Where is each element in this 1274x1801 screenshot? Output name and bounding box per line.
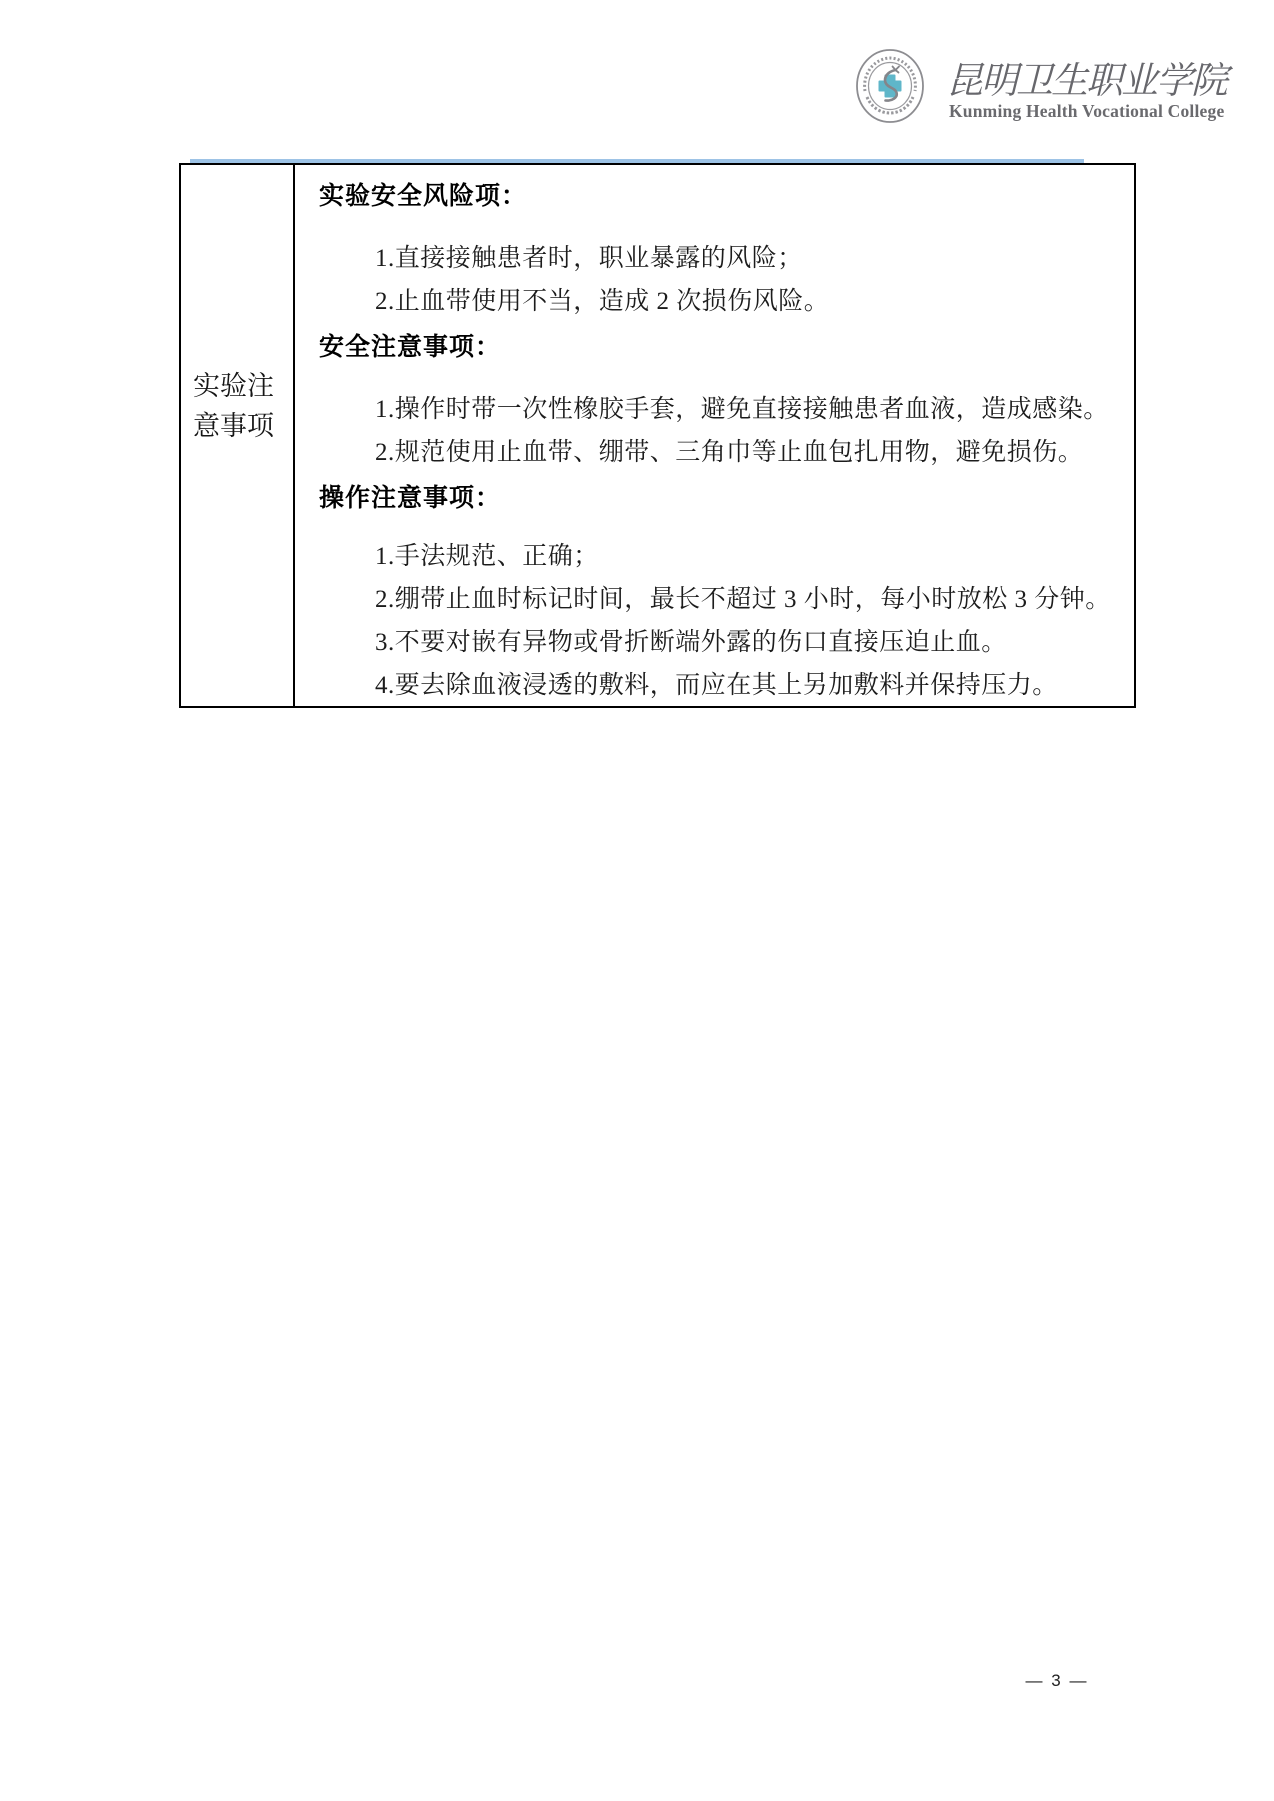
note-item: 2.规范使用止血带、绷带、三角巾等止血包扎用物，避免损伤。 (319, 431, 1122, 474)
note-item: 1.直接接触患者时，职业暴露的风险； (319, 237, 1122, 280)
experiment-notes-table: 实验注意事项 实验安全风险项： 1.直接接触患者时，职业暴露的风险；2.止血带使… (179, 163, 1136, 708)
college-seal-logo (855, 47, 925, 125)
note-section: 实验安全风险项： 1.直接接触患者时，职业暴露的风险；2.止血带使用不当，造成 … (319, 180, 1122, 323)
section-heading: 安全注意事项： (319, 331, 1122, 364)
row-content-cell: 实验安全风险项： 1.直接接触患者时，职业暴露的风险；2.止血带使用不当，造成 … (295, 165, 1134, 706)
page-number: — 3 — (1012, 1671, 1102, 1691)
college-name-chinese: 昆明卫生职业学院 (946, 50, 1236, 104)
note-item: 2.绷带止血时标记时间，最长不超过 3 小时，每小时放松 3 分钟。 (319, 578, 1122, 621)
note-section: 操作注意事项： 1.手法规范、正确；2.绷带止血时标记时间，最长不超过 3 小时… (319, 482, 1122, 706)
section-heading: 实验安全风险项： (319, 180, 1122, 213)
note-item: 3.不要对嵌有异物或骨折断端外露的伤口直接压迫止血。 (319, 621, 1122, 664)
note-item: 1.手法规范、正确； (319, 535, 1122, 578)
college-name-english: Kunming Health Vocational College (949, 101, 1239, 122)
note-section: 安全注意事项： 1.操作时带一次性橡胶手套，避免直接接触患者血液，造成感染。2.… (319, 331, 1122, 474)
row-label: 实验注意事项 (193, 366, 281, 446)
note-item: 1.操作时带一次性橡胶手套，避免直接接触患者血液，造成感染。 (319, 388, 1122, 431)
row-label-cell: 实验注意事项 (181, 165, 295, 706)
note-item: 4.要去除血液浸透的敷料，而应在其上另加敷料并保持压力。 (319, 664, 1122, 706)
note-item: 2.止血带使用不当，造成 2 次损伤风险。 (319, 280, 1122, 323)
section-heading: 操作注意事项： (319, 482, 1122, 515)
document-page: 昆明卫生职业学院 Kunming Health Vocational Colle… (0, 0, 1274, 1801)
